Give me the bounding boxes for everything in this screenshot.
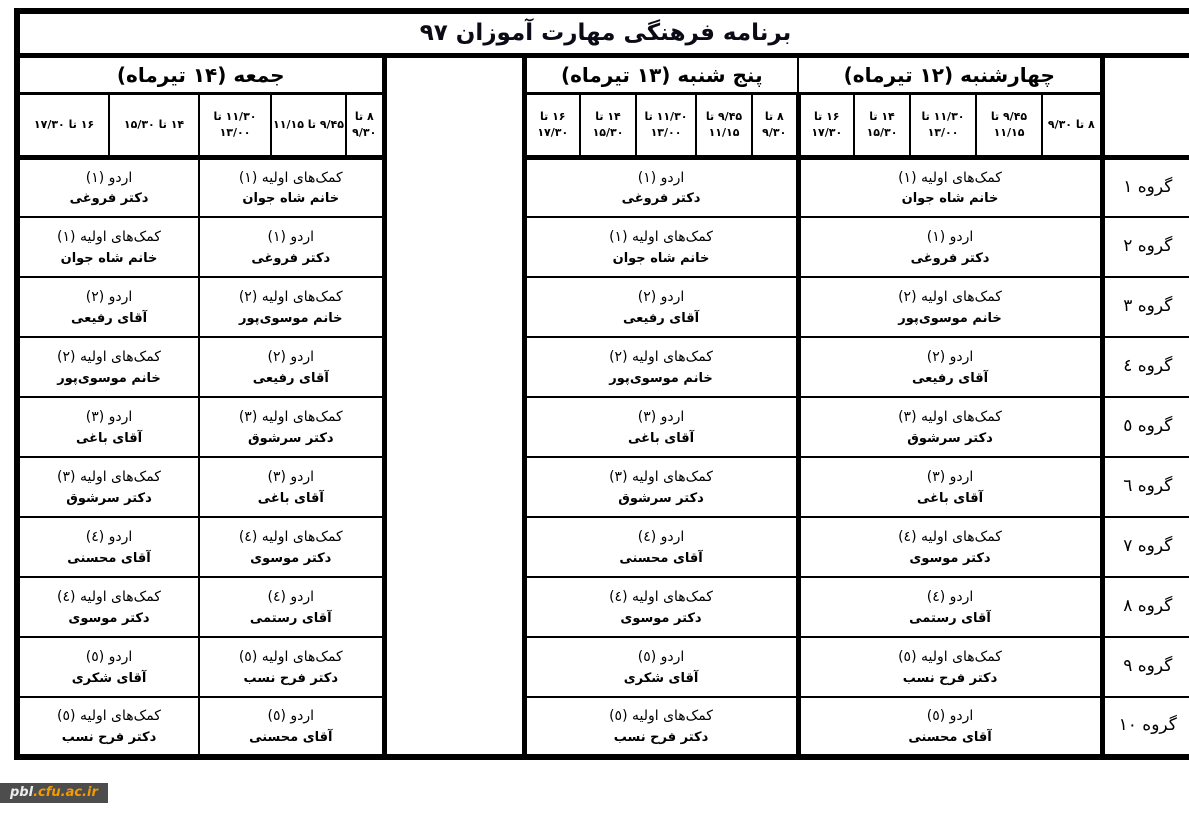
schedule-table: برنامه فرهنگی مهارت آموزان ۹۷ چهارشنبه (…: [14, 8, 1189, 760]
activity-name: کمک‌های اولیه (۱): [23, 228, 195, 247]
thu-time-slot-4: ۱۴ تا ۱۵/۳۰: [580, 93, 636, 157]
friday-afternoon-cell: اردو (٥) آقای شکری: [17, 637, 199, 697]
thursday-cell: کمک‌های اولیه (۳) دکتر سرشوق: [524, 457, 798, 517]
activity-name: کمک‌های اولیه (۲): [804, 288, 1097, 307]
wed-time-slot-1: ۸ تا ۹/۳۰: [1042, 93, 1102, 157]
activity-name: اردو (٤): [23, 528, 195, 547]
thursday-cell: کمک‌های اولیه (٥) دکتر فرح نسب: [524, 697, 798, 757]
friday-afternoon-cell: کمک‌های اولیه (٥) دکتر فرح نسب: [17, 697, 199, 757]
activity-name: کمک‌های اولیه (۲): [203, 288, 379, 307]
activity-name: کمک‌های اولیه (۱): [804, 169, 1097, 188]
instructor-name: خانم شاه جوان: [203, 191, 379, 207]
friday-morning-cell: اردو (٤) آقای رستمی: [199, 577, 384, 637]
instructor-name: دکتر فرح نسب: [203, 671, 379, 687]
activity-name: کمک‌های اولیه (۳): [203, 408, 379, 427]
watermark-prefix: pbl: [10, 785, 33, 800]
instructor-name: خانم شاه جوان: [530, 251, 793, 267]
fri-time-slot-1: ۸ تا ۹/۳۰: [346, 93, 384, 157]
instructor-name: دکتر سرشوق: [203, 431, 379, 447]
instructor-name: دکتر فرح نسب: [804, 671, 1097, 687]
wednesday-cell: کمک‌های اولیه (۳) دکتر سرشوق: [798, 397, 1102, 457]
group-label: گروه ٥: [1102, 397, 1189, 457]
activity-name: کمک‌های اولیه (٤): [23, 588, 195, 607]
group-header-empty-cell: [1102, 55, 1189, 157]
activity-name: اردو (۱): [203, 228, 379, 247]
instructor-name: آقای رستمی: [804, 611, 1097, 627]
friday-afternoon-cell: کمک‌های اولیه (۱) خانم شاه جوان: [17, 217, 199, 277]
schedule-row-group-7: گروه ۷ کمک‌های اولیه (٤) دکتر موسوی اردو…: [17, 517, 1189, 577]
group-label: گروه ۱: [1102, 157, 1189, 217]
schedule-row-group-10: گروه ۱۰ اردو (٥) آقای محسنی کمک‌های اولی…: [17, 697, 1189, 757]
activity-name: اردو (۲): [804, 348, 1097, 367]
friday-morning-cell: اردو (۲) آقای رفیعی: [199, 337, 384, 397]
wed-time-slot-5: ۱۶ تا ۱۷/۳۰: [798, 93, 854, 157]
activity-name: کمک‌های اولیه (٤): [530, 588, 793, 607]
day-header-thursday: پنج شنبه (۱۳ تیرماه): [524, 55, 798, 93]
instructor-name: دکتر فرح نسب: [23, 730, 195, 746]
instructor-name: آقای رستمی: [203, 611, 379, 627]
friday-afternoon-cell: کمک‌های اولیه (٤) دکتر موسوی: [17, 577, 199, 637]
day-header-wednesday: چهارشنبه (۱۲ تیرماه): [798, 55, 1102, 93]
activity-name: اردو (۲): [530, 288, 793, 307]
instructor-name: آقای رفیعی: [804, 371, 1097, 387]
schedule-row-group-2: گروه ۲ اردو (۱) دکتر فروغی کمک‌های اولیه…: [17, 217, 1189, 277]
day-header-row: چهارشنبه (۱۲ تیرماه) پنج شنبه (۱۳ تیرماه…: [17, 55, 1189, 93]
friday-afternoon-cell: اردو (۱) دکتر فروغی: [17, 157, 199, 217]
friday-afternoon-cell: کمک‌های اولیه (۲) خانم موسوی‌پور: [17, 337, 199, 397]
wednesday-cell: اردو (٥) آقای محسنی: [798, 697, 1102, 757]
time-slot-row: ۸ تا ۹/۳۰ ۹/۴۵ تا ۱۱/۱۵ ۱۱/۳۰ تا ۱۳/۰۰ ۱…: [17, 93, 1189, 157]
thursday-cell: کمک‌های اولیه (۲) خانم موسوی‌پور: [524, 337, 798, 397]
instructor-name: دکتر سرشوق: [804, 431, 1097, 447]
schedule-row-group-9: گروه ۹ کمک‌های اولیه (٥) دکتر فرح نسب ار…: [17, 637, 1189, 697]
thursday-cell: اردو (٥) آقای شکری: [524, 637, 798, 697]
group-label: گروه ۹: [1102, 637, 1189, 697]
wednesday-cell: اردو (۲) آقای رفیعی: [798, 337, 1102, 397]
instructor-name: خانم موسوی‌پور: [804, 311, 1097, 327]
activity-name: اردو (۱): [23, 169, 195, 188]
activity-name: اردو (۱): [804, 228, 1097, 247]
group-label: گروه ۸: [1102, 577, 1189, 637]
instructor-name: دکتر موسوی: [203, 551, 379, 567]
page-title: برنامه فرهنگی مهارت آموزان ۹۷: [17, 11, 1189, 55]
activity-name: کمک‌های اولیه (٥): [23, 707, 195, 726]
friday-afternoon-cell: اردو (۳) آقای باغی: [17, 397, 199, 457]
activity-name: کمک‌های اولیه (۳): [530, 468, 793, 487]
group-label: گروه ۲: [1102, 217, 1189, 277]
watermark-suffix: .cfu.ac.ir: [33, 785, 98, 800]
activity-name: اردو (٤): [804, 588, 1097, 607]
activity-name: کمک‌های اولیه (٥): [203, 648, 379, 667]
fri-time-slot-2: ۹/۴۵ تا ۱۱/۱۵: [271, 93, 346, 157]
instructor-name: دکتر فروغی: [23, 191, 195, 207]
instructor-name: دکتر فروغی: [203, 251, 379, 267]
instructor-name: آقای محسنی: [23, 551, 195, 567]
wed-time-slot-2: ۹/۴۵ تا ۱۱/۱۵: [976, 93, 1042, 157]
thursday-cell: کمک‌های اولیه (۱) خانم شاه جوان: [524, 217, 798, 277]
activity-name: اردو (۲): [203, 348, 379, 367]
schedule-row-group-3: گروه ۳ کمک‌های اولیه (۲) خانم موسوی‌پور …: [17, 277, 1189, 337]
wednesday-cell: اردو (٤) آقای رستمی: [798, 577, 1102, 637]
instructor-name: دکتر موسوی: [23, 611, 195, 627]
activity-name: کمک‌های اولیه (٥): [804, 648, 1097, 667]
wednesday-cell: کمک‌های اولیه (۲) خانم موسوی‌پور: [798, 277, 1102, 337]
activity-name: اردو (۳): [23, 408, 195, 427]
activity-name: اردو (٥): [23, 648, 195, 667]
schedule-sheet: برنامه فرهنگی مهارت آموزان ۹۷ چهارشنبه (…: [14, 8, 1189, 760]
fri-time-slot-4: ۱۴ تا ۱۵/۳۰: [109, 93, 199, 157]
wednesday-cell: کمک‌های اولیه (۱) خانم شاه جوان: [798, 157, 1102, 217]
wednesday-cell: اردو (۱) دکتر فروغی: [798, 217, 1102, 277]
activity-name: اردو (٤): [203, 588, 379, 607]
schedule-row-group-4: گروه ٤ اردو (۲) آقای رفیعی کمک‌های اولیه…: [17, 337, 1189, 397]
day-header-friday: جمعه (۱۴ تیرماه): [17, 55, 384, 93]
friday-morning-cell: کمک‌های اولیه (٥) دکتر فرح نسب: [199, 637, 384, 697]
friday-morning-cell: اردو (۳) آقای باغی: [199, 457, 384, 517]
wednesday-cell: کمک‌های اولیه (٥) دکتر فرح نسب: [798, 637, 1102, 697]
friday-morning-cell: کمک‌های اولیه (۱) خانم شاه جوان: [199, 157, 384, 217]
activity-name: کمک‌های اولیه (٤): [203, 528, 379, 547]
instructor-name: خانم شاه جوان: [804, 191, 1097, 207]
friday-morning-cell: کمک‌های اولیه (۳) دکتر سرشوق: [199, 397, 384, 457]
schedule-row-group-5: گروه ٥ کمک‌های اولیه (۳) دکتر سرشوق اردو…: [17, 397, 1189, 457]
thu-time-slot-2: ۹/۴۵ تا ۱۱/۱۵: [696, 93, 752, 157]
instructor-name: دکتر فرح نسب: [530, 730, 793, 746]
instructor-name: دکتر موسوی: [804, 551, 1097, 567]
thursday-cell: کمک‌های اولیه (٤) دکتر موسوی: [524, 577, 798, 637]
site-watermark: pbl.cfu.ac.ir: [0, 783, 108, 803]
thursday-cell: اردو (۲) آقای رفیعی: [524, 277, 798, 337]
instructor-name: دکتر سرشوق: [23, 491, 195, 507]
friday-afternoon-cell: اردو (٤) آقای محسنی: [17, 517, 199, 577]
schedule-row-group-1: گروه ۱ کمک‌های اولیه (۱) خانم شاه جوان ا…: [17, 157, 1189, 217]
activity-name: اردو (٥): [530, 648, 793, 667]
wed-time-slot-4: ۱۴ تا ۱۵/۳۰: [854, 93, 910, 157]
activity-name: کمک‌های اولیه (۲): [23, 348, 195, 367]
instructor-name: آقای محسنی: [804, 730, 1097, 746]
instructor-name: دکتر موسوی: [530, 611, 793, 627]
instructor-name: دکتر فروغی: [804, 251, 1097, 267]
spacer-column: [384, 55, 524, 757]
activity-name: اردو (٥): [203, 707, 379, 726]
thursday-cell: اردو (٤) آقای محسنی: [524, 517, 798, 577]
group-label: گروه ۳: [1102, 277, 1189, 337]
activity-name: کمک‌های اولیه (۲): [530, 348, 793, 367]
group-label: گروه ۱۰: [1102, 697, 1189, 757]
instructor-name: خانم موسوی‌پور: [530, 371, 793, 387]
schedule-row-group-8: گروه ۸ اردو (٤) آقای رستمی کمک‌های اولیه…: [17, 577, 1189, 637]
instructor-name: دکتر فروغی: [530, 191, 793, 207]
title-row: برنامه فرهنگی مهارت آموزان ۹۷: [17, 11, 1189, 55]
instructor-name: خانم موسوی‌پور: [23, 371, 195, 387]
fri-time-slot-5: ۱۶ تا ۱۷/۳۰: [17, 93, 109, 157]
activity-name: اردو (٤): [530, 528, 793, 547]
activity-name: کمک‌های اولیه (۱): [530, 228, 793, 247]
friday-afternoon-cell: کمک‌های اولیه (۳) دکتر سرشوق: [17, 457, 199, 517]
wednesday-cell: کمک‌های اولیه (٤) دکتر موسوی: [798, 517, 1102, 577]
instructor-name: آقای محسنی: [530, 551, 793, 567]
instructor-name: آقای رفیعی: [530, 311, 793, 327]
thu-time-slot-5: ۱۶ تا ۱۷/۳۰: [524, 93, 580, 157]
activity-name: اردو (۳): [804, 468, 1097, 487]
activity-name: کمک‌های اولیه (٤): [804, 528, 1097, 547]
group-label: گروه ٤: [1102, 337, 1189, 397]
instructor-name: آقای باغی: [203, 491, 379, 507]
instructor-name: دکتر سرشوق: [530, 491, 793, 507]
activity-name: کمک‌های اولیه (۳): [23, 468, 195, 487]
friday-morning-cell: کمک‌های اولیه (۲) خانم موسوی‌پور: [199, 277, 384, 337]
thursday-cell: اردو (۳) آقای باغی: [524, 397, 798, 457]
instructor-name: آقای رفیعی: [203, 371, 379, 387]
wed-time-slot-3: ۱۱/۳۰ تا ۱۳/۰۰: [910, 93, 976, 157]
thu-time-slot-1: ۸ تا ۹/۳۰: [752, 93, 798, 157]
friday-morning-cell: کمک‌های اولیه (٤) دکتر موسوی: [199, 517, 384, 577]
activity-name: کمک‌های اولیه (۱): [203, 169, 379, 188]
instructor-name: آقای شکری: [23, 671, 195, 687]
fri-time-slot-3: ۱۱/۳۰ تا ۱۳/۰۰: [199, 93, 271, 157]
schedule-row-group-6: گروه ٦ اردو (۳) آقای باغی کمک‌های اولیه …: [17, 457, 1189, 517]
instructor-name: آقای باغی: [804, 491, 1097, 507]
friday-afternoon-cell: اردو (۲) آقای رفیعی: [17, 277, 199, 337]
friday-morning-cell: اردو (۱) دکتر فروغی: [199, 217, 384, 277]
friday-morning-cell: اردو (٥) آقای محسنی: [199, 697, 384, 757]
instructor-name: خانم شاه جوان: [23, 251, 195, 267]
activity-name: اردو (۳): [530, 408, 793, 427]
instructor-name: آقای شکری: [530, 671, 793, 687]
instructor-name: خانم موسوی‌پور: [203, 311, 379, 327]
instructor-name: آقای محسنی: [203, 730, 379, 746]
group-label: گروه ۷: [1102, 517, 1189, 577]
instructor-name: آقای رفیعی: [23, 311, 195, 327]
wednesday-cell: اردو (۳) آقای باغی: [798, 457, 1102, 517]
instructor-name: آقای باغی: [530, 431, 793, 447]
thursday-cell: اردو (۱) دکتر فروغی: [524, 157, 798, 217]
thu-time-slot-3: ۱۱/۳۰ تا ۱۳/۰۰: [636, 93, 696, 157]
activity-name: اردو (۳): [203, 468, 379, 487]
activity-name: اردو (۲): [23, 288, 195, 307]
activity-name: اردو (۱): [530, 169, 793, 188]
instructor-name: آقای باغی: [23, 431, 195, 447]
group-label: گروه ٦: [1102, 457, 1189, 517]
activity-name: کمک‌های اولیه (٥): [530, 707, 793, 726]
activity-name: اردو (٥): [804, 707, 1097, 726]
activity-name: کمک‌های اولیه (۳): [804, 408, 1097, 427]
